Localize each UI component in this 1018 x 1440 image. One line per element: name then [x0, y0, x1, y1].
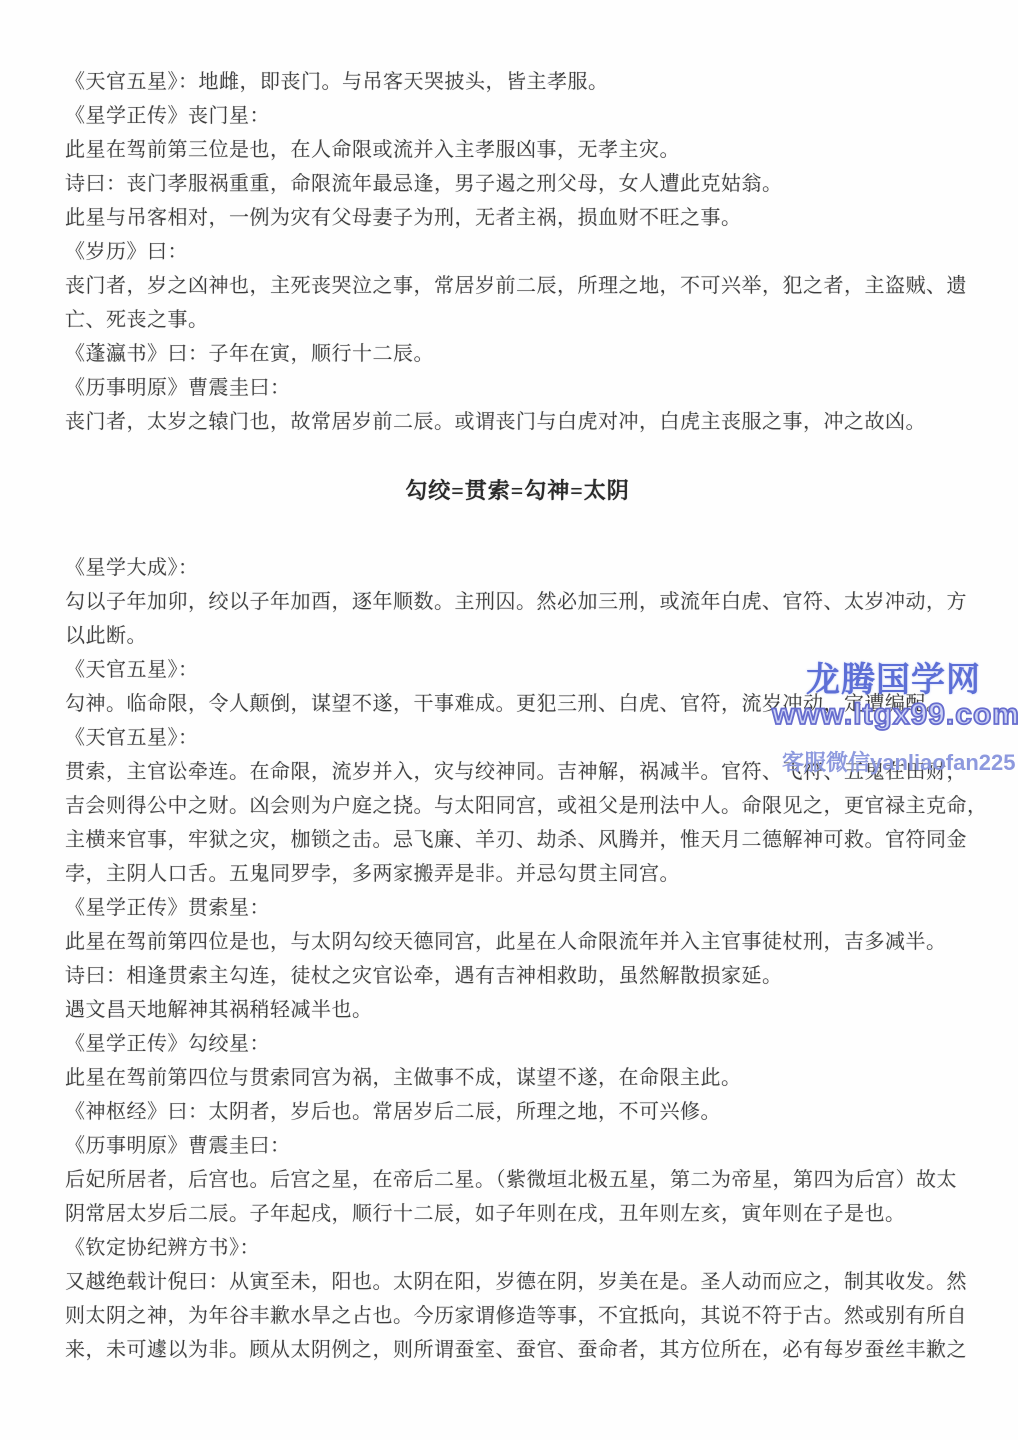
- text-line: 勾神。临命限，令人颠倒，谋望不遂，干事难成。更犯三刑、白虎、官符，流岁冲动，定遭…: [65, 687, 970, 721]
- text-line: 亡、死丧之事。: [65, 303, 970, 337]
- text-line: 诗曰：相逢贯索主勾连，徒杖之灾官讼牵，遇有吉神相救助，虽然解散损家延。: [65, 959, 970, 993]
- text-line: 《天官五星》：地雌，即丧门。与吊客天哭披头，皆主孝服。: [65, 65, 970, 99]
- text-line: 《钦定协纪辨方书》：: [65, 1231, 970, 1265]
- section-heading: 勾绞=贯索=勾神=太阴: [65, 473, 970, 509]
- text-line: 吉会则得公中之财。凶会则为户庭之挠。与太阳同宫，或祖父是刑法中人。命限见之，更官…: [65, 789, 970, 823]
- text-line: 《蓬瀛书》曰：子年在寅，顺行十二辰。: [65, 337, 970, 371]
- text-line: 《星学正传》丧门星：: [65, 99, 970, 133]
- text-line: 《岁历》曰：: [65, 235, 970, 269]
- text-line: 勾以子年加卯，绞以子年加酉，逐年顺数。主刑囚。然必加三刑，或流年白虎、官符、太岁…: [65, 585, 970, 619]
- text-line: 则太阴之神，为年谷丰歉水旱之占也。今历家谓修造等事，不宜抵向，其说不符于古。然或…: [65, 1299, 970, 1333]
- text-line: 此星在驾前第四位是也，与太阴勾绞天德同宫，此星在人命限流年并入主官事徒杖刑，吉多…: [65, 925, 970, 959]
- text-line: 遇文昌天地解神其祸稍轻减半也。: [65, 993, 970, 1027]
- text-line: 诗曰：丧门孝服祸重重，命限流年最忌逢，男子遏之刑父母，女人遭此克姑翁。: [65, 167, 970, 201]
- section-sangmen-lines: 《天官五星》：地雌，即丧门。与吊客天哭披头，皆主孝服。《星学正传》丧门星：此星在…: [65, 65, 970, 439]
- text-line: 《历事明原》曹震圭曰：: [65, 371, 970, 405]
- text-line: 又越绝载计倪曰：从寅至未，阳也。太阴在阳，岁德在阴，岁美在是。圣人动而应之，制其…: [65, 1265, 970, 1299]
- text-line: 贯索，主官讼牵连。在命限，流岁并入，灾与绞神同。吉神解，祸减半。官符、飞符、五鬼…: [65, 755, 970, 789]
- document-body: 《天官五星》：地雌，即丧门。与吊客天哭披头，皆主孝服。《星学正传》丧门星：此星在…: [65, 65, 970, 1367]
- section-goujiao-lines: 《星学大成》：勾以子年加卯，绞以子年加酉，逐年顺数。主刑囚。然必加三刑，或流年白…: [65, 551, 970, 1367]
- text-line: 主横来官事，牢狱之灾，枷锁之击。忌飞廉、羊刃、劫杀、风腾并，惟天月二德解神可救。…: [65, 823, 970, 857]
- text-line: 此星与吊客相对，一例为灾有父母妻子为刑，无者主祸，损血财不旺之事。: [65, 201, 970, 235]
- text-line: 此星在驾前第三位是也，在人命限或流并入主孝服凶事，无孝主灾。: [65, 133, 970, 167]
- text-line: 丧门者，太岁之辕门也，故常居岁前二辰。或谓丧门与白虎对冲，白虎主丧服之事，冲之故…: [65, 405, 970, 439]
- text-line: 《星学正传》勾绞星：: [65, 1027, 970, 1061]
- scanned-document-page: 《天官五星》：地雌，即丧门。与吊客天哭披头，皆主孝服。《星学正传》丧门星：此星在…: [0, 0, 1018, 1440]
- text-line: 丧门者，岁之凶神也，主死丧哭泣之事，常居岁前二辰，所理之地，不可兴举，犯之者，主…: [65, 269, 970, 303]
- text-line: 来，未可遽以为非。顾从太阴例之，则所谓蚕室、蚕官、蚕命者，其方位所在，必有每岁蚕…: [65, 1333, 970, 1367]
- text-line: 《星学正传》贯索星：: [65, 891, 970, 925]
- text-line: 后妃所居者，后宫也。后宫之星，在帝后二星。（紫微垣北极五星，第二为帝星，第四为后…: [65, 1163, 970, 1197]
- text-line: 《天官五星》：: [65, 653, 970, 687]
- text-line: 《天官五星》：: [65, 721, 970, 755]
- text-line: 《神枢经》曰：太阴者，岁后也。常居岁后二辰，所理之地，不可兴修。: [65, 1095, 970, 1129]
- text-line: 此星在驾前第四位与贯索同宫为祸，主做事不成，谋望不遂，在命限主此。: [65, 1061, 970, 1095]
- text-line: 以此断。: [65, 619, 970, 653]
- text-line: 阴常居太岁后二辰。子年起戌，顺行十二辰，如子年则在戌，丑年则左亥，寅年则在子是也…: [65, 1197, 970, 1231]
- text-line: 《历事明原》曹震圭曰：: [65, 1129, 970, 1163]
- text-line: 孛，主阴人口舌。五鬼同罗孛，多两家搬弄是非。并忌勾贯主同宫。: [65, 857, 970, 891]
- text-line: 《星学大成》：: [65, 551, 970, 585]
